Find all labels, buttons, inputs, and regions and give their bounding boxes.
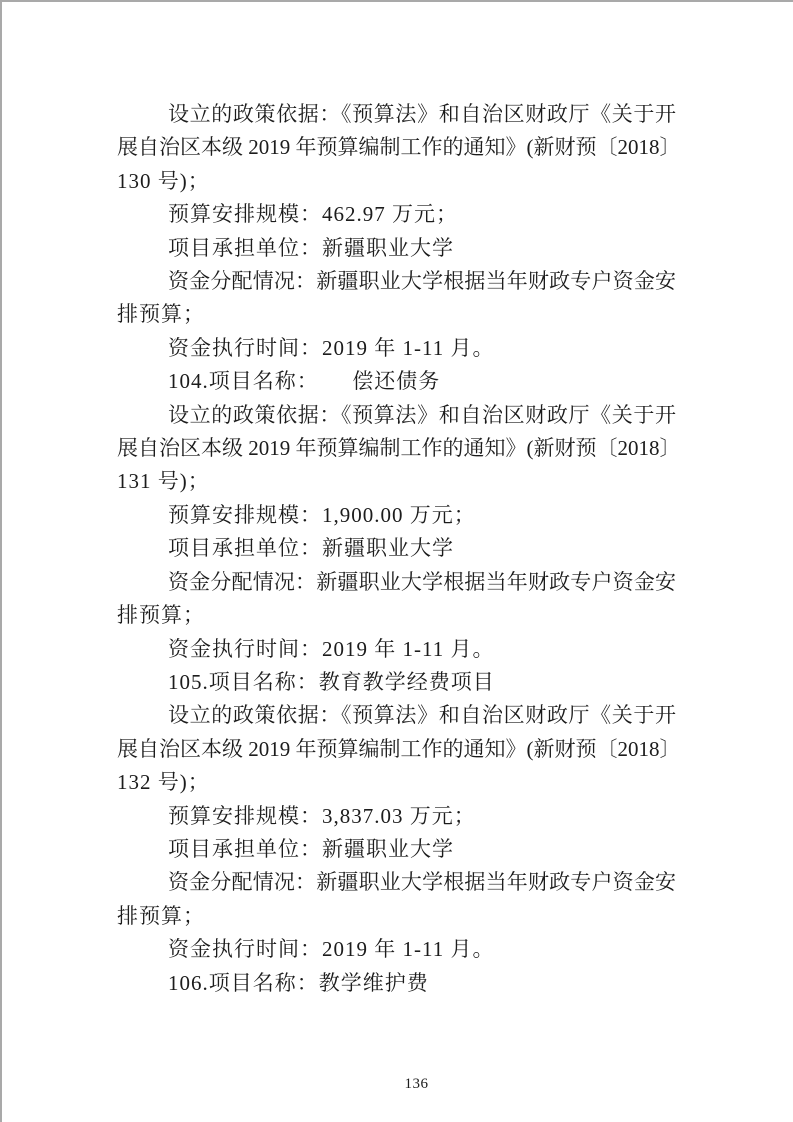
undertaker-line: 项目承担单位：新疆职业大学 bbox=[117, 532, 676, 565]
fund-allocation-line: 资金分配情况：新疆职业大学根据当年财政专户资金安 bbox=[117, 866, 676, 899]
text-block: 设立的政策依据：《预算法》和自治区财政厅《关于开 展自治区本级 2019 年预算… bbox=[117, 98, 676, 1000]
budget-scale-line: 预算安排规模：1,900.00 万元； bbox=[117, 499, 676, 532]
fund-allocation-cont-line: 排预算； bbox=[117, 599, 676, 632]
execution-time-line: 资金执行时间：2019 年 1-11 月。 bbox=[117, 332, 676, 365]
policy-basis-line: 设立的政策依据：《预算法》和自治区财政厅《关于开 bbox=[117, 98, 676, 131]
fund-allocation-cont-line: 排预算； bbox=[117, 298, 676, 331]
fund-allocation-line: 资金分配情况：新疆职业大学根据当年财政专户资金安 bbox=[117, 265, 676, 298]
policy-doc-number-line: 131 号)； bbox=[117, 465, 676, 498]
policy-basis-line: 设立的政策依据：《预算法》和自治区财政厅《关于开 bbox=[117, 399, 676, 432]
fund-allocation-line: 资金分配情况：新疆职业大学根据当年财政专户资金安 bbox=[117, 566, 676, 599]
project-106-title-line: 106.项目名称：教学维护费 bbox=[117, 967, 676, 1000]
policy-notice-line: 展自治区本级 2019 年预算编制工作的通知》(新财预〔2018〕 bbox=[117, 733, 676, 766]
budget-scale-line: 预算安排规模：3,837.03 万元； bbox=[117, 800, 676, 833]
project-104-title-line: 104.项目名称： 偿还债务 bbox=[117, 365, 676, 398]
execution-time-line: 资金执行时间：2019 年 1-11 月。 bbox=[117, 633, 676, 666]
fund-allocation-cont-line: 排预算； bbox=[117, 900, 676, 933]
policy-notice-line: 展自治区本级 2019 年预算编制工作的通知》(新财预〔2018〕 bbox=[117, 131, 676, 164]
page-number: 136 bbox=[2, 1076, 793, 1093]
policy-doc-number-line: 130 号)； bbox=[117, 165, 676, 198]
policy-doc-number-line: 132 号)； bbox=[117, 766, 676, 799]
undertaker-line: 项目承担单位：新疆职业大学 bbox=[117, 232, 676, 265]
undertaker-line: 项目承担单位：新疆职业大学 bbox=[117, 833, 676, 866]
document-page: 设立的政策依据：《预算法》和自治区财政厅《关于开 展自治区本级 2019 年预算… bbox=[0, 0, 793, 1122]
budget-scale-line: 预算安排规模：462.97 万元； bbox=[117, 198, 676, 231]
policy-notice-line: 展自治区本级 2019 年预算编制工作的通知》(新财预〔2018〕 bbox=[117, 432, 676, 465]
policy-basis-line: 设立的政策依据：《预算法》和自治区财政厅《关于开 bbox=[117, 699, 676, 732]
project-105-title-line: 105.项目名称：教育教学经费项目 bbox=[117, 666, 676, 699]
execution-time-line: 资金执行时间：2019 年 1-11 月。 bbox=[117, 933, 676, 966]
